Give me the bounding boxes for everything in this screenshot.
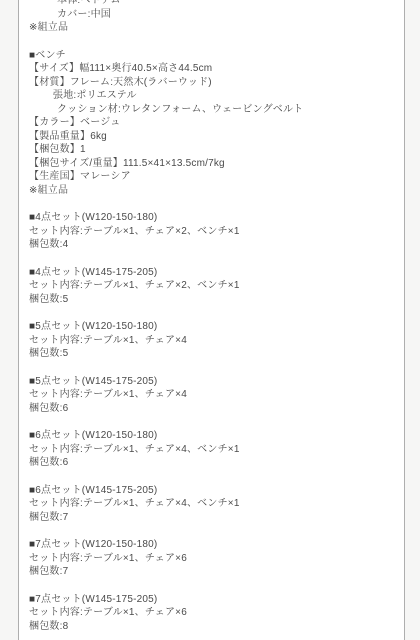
origin-assembly-note: ※組立品	[29, 21, 398, 35]
set-package-count: 梱包数:5	[29, 293, 398, 307]
set-title: ■6点セット(W145-175-205)	[29, 484, 398, 498]
bench-material-cushion: クッション材:ウレタンフォーム、ウェービングベルト	[29, 103, 398, 117]
set-contents: セット内容:テーブル×1、チェア×6	[29, 606, 398, 620]
set-contents: セット内容:テーブル×1、チェア×2、ベンチ×1	[29, 225, 398, 239]
set-title-text: 5点セット(W120-150-180)	[35, 321, 157, 332]
set-contents: セット内容:テーブル×1、チェア×4、ベンチ×1	[29, 443, 398, 457]
bench-package-size: 【梱包サイズ/重量】111.5×41×13.5cm/7kg	[29, 157, 398, 171]
bench-section: ■ベンチ 【サイズ】幅111×奥行40.5×高さ44.5cm 【材質】フレーム:…	[29, 49, 398, 198]
set-section-6pc-w120: ■6点セット(W120-150-180) セット内容:テーブル×1、チェア×4、…	[29, 429, 398, 470]
set-package-count: 梱包数:6	[29, 402, 398, 416]
bench-assembly-note: ※組立品	[29, 184, 398, 198]
set-title: ■7点セット(W145-175-205)	[29, 593, 398, 607]
set-package-count: 梱包数:6	[29, 456, 398, 470]
set-section-4pc-w120: ■4点セット(W120-150-180) セット内容:テーブル×1、チェア×2、…	[29, 211, 398, 252]
set-package-count: 梱包数:4	[29, 238, 398, 252]
set-section-5pc-w145: ■5点セット(W145-175-205) セット内容:テーブル×1、チェア×4 …	[29, 375, 398, 416]
bench-size: 【サイズ】幅111×奥行40.5×高さ44.5cm	[29, 62, 398, 76]
product-spec-page: 本体:ベトナム カバー:中国 ※組立品 ■ベンチ 【サイズ】幅111×奥行40.…	[0, 0, 420, 640]
bench-material-fabric: 張地:ポリエステル	[29, 89, 398, 103]
origin-cover-line: カバー:中国	[29, 8, 398, 22]
set-title: ■4点セット(W120-150-180)	[29, 211, 398, 225]
set-title: ■5点セット(W145-175-205)	[29, 375, 398, 389]
set-title-text: 7点セット(W120-150-180)	[35, 539, 157, 550]
origin-body-line: 本体:ベトナム	[29, 0, 398, 8]
set-section-4pc-w145: ■4点セット(W145-175-205) セット内容:テーブル×1、チェア×2、…	[29, 266, 398, 307]
set-package-count: 梱包数:5	[29, 347, 398, 361]
set-title-text: 5点セット(W145-175-205)	[35, 376, 157, 387]
bench-country: 【生産国】マレーシア	[29, 170, 398, 184]
set-section-7pc-w120: ■7点セット(W120-150-180) セット内容:テーブル×1、チェア×6 …	[29, 538, 398, 579]
set-package-count: 梱包数:7	[29, 565, 398, 579]
bench-title: ■ベンチ	[29, 49, 398, 63]
bench-weight: 【製品重量】6kg	[29, 130, 398, 144]
bench-material-frame: 【材質】フレーム:天然木(ラバーウッド)	[29, 76, 398, 90]
set-title-text: 7点セット(W145-175-205)	[35, 594, 157, 605]
set-section-5pc-w120: ■5点セット(W120-150-180) セット内容:テーブル×1、チェア×4 …	[29, 320, 398, 361]
set-title-text: 4点セット(W145-175-205)	[35, 267, 157, 278]
set-section-6pc-w145: ■6点セット(W145-175-205) セット内容:テーブル×1、チェア×4、…	[29, 484, 398, 525]
set-title-text: 6点セット(W120-150-180)	[35, 430, 157, 441]
set-contents: セット内容:テーブル×1、チェア×4、ベンチ×1	[29, 497, 398, 511]
set-title: ■5点セット(W120-150-180)	[29, 320, 398, 334]
set-title: ■6点セット(W120-150-180)	[29, 429, 398, 443]
set-title: ■7点セット(W120-150-180)	[29, 538, 398, 552]
set-package-count: 梱包数:8	[29, 620, 398, 634]
set-title-text: 6点セット(W145-175-205)	[35, 485, 157, 496]
set-title-text: 4点セット(W120-150-180)	[35, 212, 157, 223]
spec-content-panel: 本体:ベトナム カバー:中国 ※組立品 ■ベンチ 【サイズ】幅111×奥行40.…	[18, 0, 405, 640]
set-contents: セット内容:テーブル×1、チェア×4	[29, 334, 398, 348]
set-contents: セット内容:テーブル×1、チェア×6	[29, 552, 398, 566]
bench-package-count: 【梱包数】1	[29, 143, 398, 157]
set-contents: セット内容:テーブル×1、チェア×2、ベンチ×1	[29, 279, 398, 293]
bench-title-text: ベンチ	[35, 50, 66, 61]
set-package-count: 梱包数:7	[29, 511, 398, 525]
bench-color: 【カラー】ベージュ	[29, 116, 398, 130]
set-contents: セット内容:テーブル×1、チェア×4	[29, 388, 398, 402]
set-title: ■4点セット(W145-175-205)	[29, 266, 398, 280]
origin-block: 本体:ベトナム カバー:中国 ※組立品	[29, 0, 398, 35]
set-section-7pc-w145: ■7点セット(W145-175-205) セット内容:テーブル×1、チェア×6 …	[29, 593, 398, 634]
